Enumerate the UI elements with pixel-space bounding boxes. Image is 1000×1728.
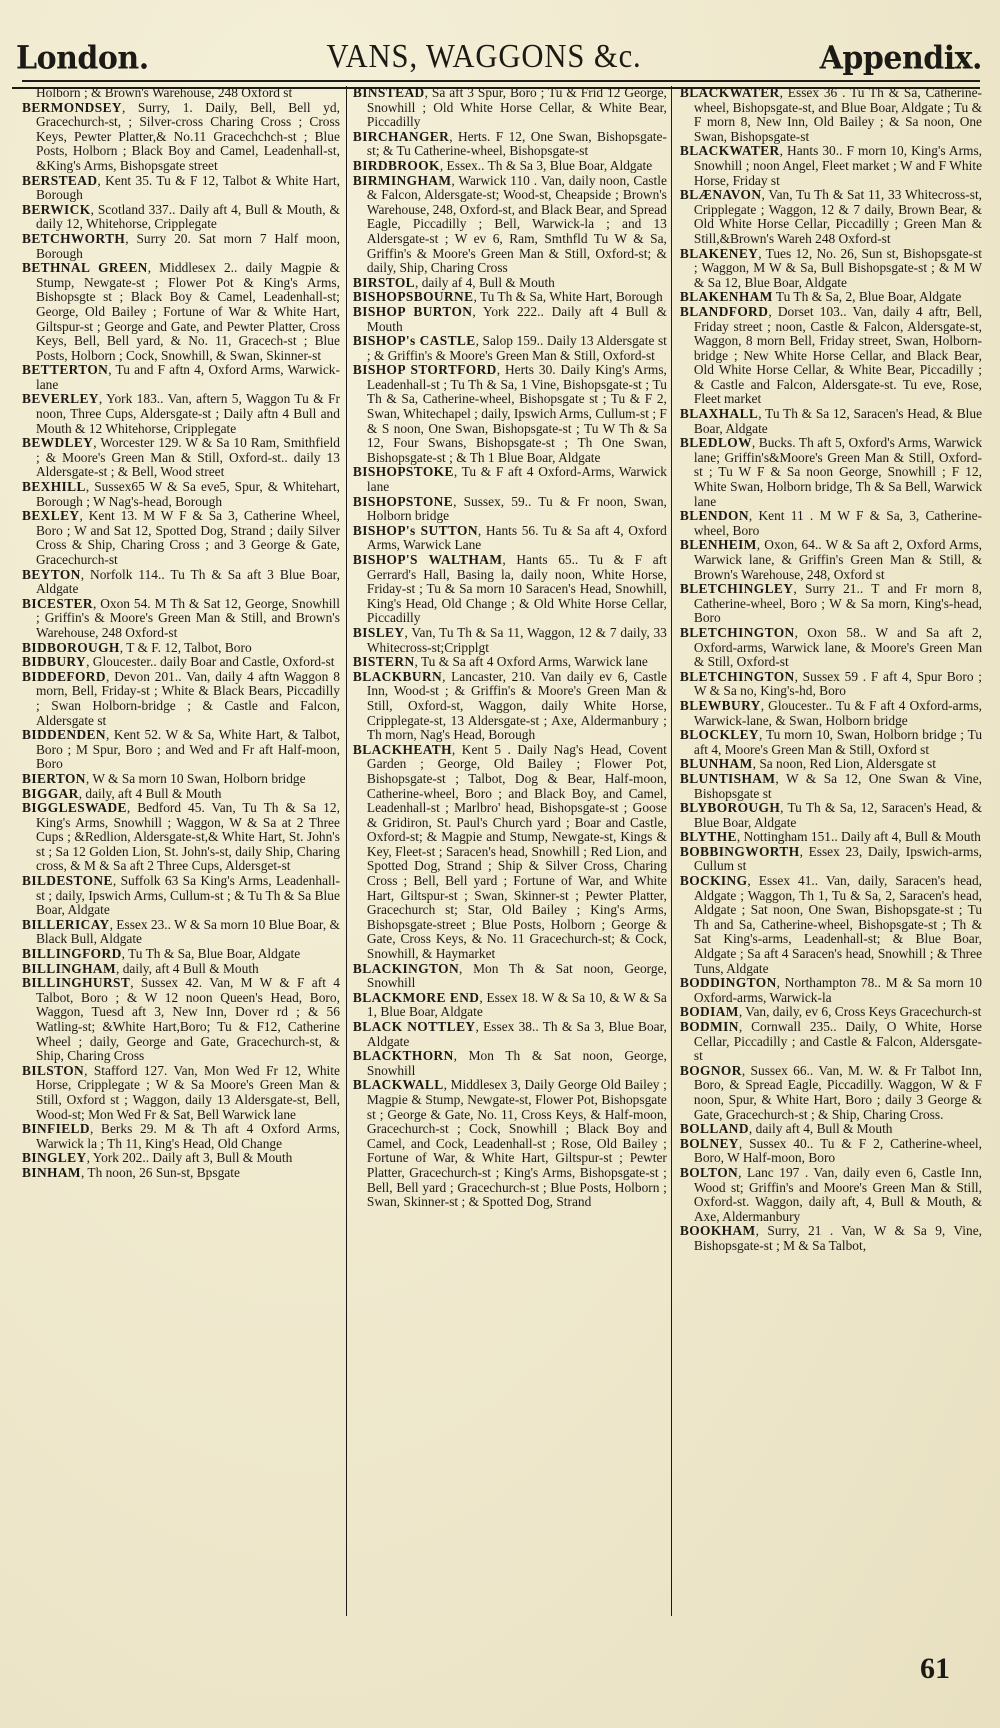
entry-text: , Tu Th & Sa, Blue Boar, Aldgate bbox=[122, 946, 301, 961]
directory-entry: BILLINGHURST, Sussex 42. Van, M W & F af… bbox=[22, 976, 340, 1064]
place-name: BOGNOR bbox=[680, 1063, 742, 1078]
directory-entry: BLACKWATER, Essex 36 . Tu Th & Sa, Cathe… bbox=[680, 86, 982, 144]
directory-entry: BLETCHINGTON, Oxon 58.. W and Sa aft 2, … bbox=[680, 626, 982, 670]
directory-entry: BOLTON, Lanc 197 . Van, daily even 6, Ca… bbox=[680, 1166, 982, 1224]
directory-entry: BINFIELD, Berks 29. M & Th aft 4 Oxford … bbox=[22, 1122, 340, 1151]
directory-entry: BODMIN, Cornwall 235.. Daily, O White, H… bbox=[680, 1020, 982, 1064]
place-name: BLACKINGTON bbox=[353, 961, 459, 976]
directory-entry: BLAKENHAM Tu Th & Sa, 2, Blue Boar, Aldg… bbox=[680, 290, 982, 305]
place-name: BICESTER bbox=[22, 596, 93, 611]
place-name: BLACKMORE END bbox=[353, 990, 479, 1005]
place-name: BILDESTONE bbox=[22, 873, 113, 888]
directory-entry: BLACK NOTTLEY, Essex 38.. Th & Sa 3, Blu… bbox=[353, 1020, 667, 1049]
header-section: Appendix. bbox=[820, 40, 982, 77]
entry-text: , Sa noon, Red Lion, Aldersgate st bbox=[753, 756, 936, 771]
place-name: BIGGLESWADE bbox=[22, 800, 127, 815]
place-name: BLANDFORD bbox=[680, 304, 768, 319]
directory-entry: BLYBOROUGH, Tu Th & Sa, 12, Saracen's He… bbox=[680, 801, 982, 830]
entry-text: , Herts 30. Daily King's Arms, Leadenhal… bbox=[367, 362, 667, 465]
entry-text: , Tu & Sa aft 4 Oxford Arms, Warwick lan… bbox=[415, 654, 648, 669]
place-name: BIRMINGHAM bbox=[353, 173, 451, 188]
directory-entry: BLUNHAM, Sa noon, Red Lion, Aldersgate s… bbox=[680, 757, 982, 772]
place-name: BLAXHALL bbox=[680, 406, 758, 421]
place-name: BISTERN bbox=[353, 654, 415, 669]
entry-text: , Middlesex 2.. daily Magpie & Stump, Ne… bbox=[36, 260, 340, 363]
place-name: BILLINGHURST bbox=[22, 975, 130, 990]
running-header: London. VANS, WAGGONS &c. Appendix. bbox=[16, 26, 982, 76]
column-2: BINSTEAD, Sa aft 3 Spur, Boro ; Tu & Fri… bbox=[346, 86, 672, 1616]
place-name: BLACKWATER bbox=[680, 143, 780, 158]
place-name: BISHOPSTONE bbox=[353, 494, 453, 509]
directory-entry: BICESTER, Oxon 54. M Th & Sat 12, George… bbox=[22, 597, 340, 641]
place-name: BLACK NOTTLEY bbox=[353, 1019, 476, 1034]
place-name: BLYTHE bbox=[680, 829, 737, 844]
place-name: BISHOP's SUTTON bbox=[353, 523, 478, 538]
column-3: BLACKWATER, Essex 36 . Tu Th & Sa, Cathe… bbox=[672, 86, 982, 1616]
entry-text: , Warwick 110 . Van, daily noon, Castle … bbox=[367, 173, 667, 276]
directory-entry: BIGGLESWADE, Bedford 45. Van, Tu Th & Sa… bbox=[22, 801, 340, 874]
place-name: BISHOP BURTON bbox=[353, 304, 472, 319]
directory-entry: BOBBINGWORTH, Essex 23, Daily, Ipswich-a… bbox=[680, 845, 982, 874]
directory-entry: BIERTON, W & Sa morn 10 Swan, Holborn br… bbox=[22, 772, 340, 787]
entry-text: , Essex 41.. Van, daily, Saracen's head,… bbox=[694, 873, 982, 976]
place-name: BLEWBURY bbox=[680, 698, 761, 713]
directory-entry: BILLINGHAM, daily, aft 4 Bull & Mouth bbox=[22, 962, 340, 977]
directory-entry: BERMONDSEY, Surry, 1. Daily, Bell, Bell … bbox=[22, 101, 340, 174]
place-name: BLYBOROUGH bbox=[680, 800, 780, 815]
directory-entry: BLEDLOW, Bucks. Th aft 5, Oxford's Arms,… bbox=[680, 436, 982, 509]
directory-entry: BLACKINGTON, Mon Th & Sat noon, George, … bbox=[353, 962, 667, 991]
page-title: VANS, WAGGONS &c. bbox=[327, 38, 642, 76]
place-name: BLACKWATER bbox=[680, 85, 780, 100]
directory-entry: BLOCKLEY, Tu morn 10, Swan, Holborn brid… bbox=[680, 728, 982, 757]
directory-entry: BIRDBROOK, Essex.. Th & Sa 3, Blue Boar,… bbox=[353, 159, 667, 174]
directory-entry: BERSTEAD, Kent 35. Tu & F 12, Talbot & W… bbox=[22, 174, 340, 203]
directory-entry: BEYTON, Norfolk 114.. Tu Th & Sa aft 3 B… bbox=[22, 568, 340, 597]
directory-entry: BLACKBURN, Lancaster, 210. Van daily ev … bbox=[353, 670, 667, 743]
place-name: BIDBURY bbox=[22, 654, 86, 669]
column-1: Holborn ; & Brown's Warehouse, 248 Oxfor… bbox=[22, 86, 346, 1616]
directory-entry: BLACKWATER, Hants 30.. F morn 10, King's… bbox=[680, 144, 982, 188]
header-location: London. bbox=[16, 40, 149, 77]
directory-entry: BIDDENDEN, Kent 52. W & Sa, White Hart, … bbox=[22, 728, 340, 772]
directory-entry: BINGLEY, York 202.. Daily aft 3, Bull & … bbox=[22, 1151, 340, 1166]
place-name: BIDBOROUGH bbox=[22, 640, 120, 655]
place-name: BIERTON bbox=[22, 771, 86, 786]
directory-entry: BETCHWORTH, Surry 20. Sat morn 7 Half mo… bbox=[22, 232, 340, 261]
directory-entry: BLÆNAVON, Van, Tu Th & Sat 11, 33 Whitec… bbox=[680, 188, 982, 246]
directory-entry: BILDESTONE, Suffolk 63 Sa King's Arms, L… bbox=[22, 874, 340, 918]
directory-entry: BOCKING, Essex 41.. Van, daily, Saracen'… bbox=[680, 874, 982, 976]
place-name: BODMIN bbox=[680, 1019, 739, 1034]
directory-entry: BETHNAL GREEN, Middlesex 2.. daily Magpi… bbox=[22, 261, 340, 363]
directory-entry: BLACKMORE END, Essex 18. W & Sa 10, & W … bbox=[353, 991, 667, 1020]
place-name: BINGLEY bbox=[22, 1150, 87, 1165]
entry-text: Holborn ; & Brown's Warehouse, 248 Oxfor… bbox=[36, 85, 292, 100]
entry-text: , Essex.. Th & Sa 3, Blue Boar, Aldgate bbox=[440, 158, 652, 173]
place-name: BOLLAND bbox=[680, 1121, 749, 1136]
entry-text: , Van, daily, ev 6, Cross Keys Gracechur… bbox=[739, 1004, 981, 1019]
directory-entry: BIDBOROUGH, T & F. 12, Talbot, Boro bbox=[22, 641, 340, 656]
place-name: BLAKENHAM bbox=[680, 289, 773, 304]
place-name: BISLEY bbox=[353, 625, 405, 640]
place-name: BILLINGFORD bbox=[22, 946, 122, 961]
place-name: BERMONDSEY bbox=[22, 100, 122, 115]
entry-text: , Gloucester.. daily Boar and Castle, Ox… bbox=[86, 654, 334, 669]
place-name: BISHOPSTOKE bbox=[353, 464, 454, 479]
entry-text: , W & Sa morn 10 Swan, Holborn bridge bbox=[86, 771, 306, 786]
directory-entry: BOOKHAM, Surry, 21 . Van, W & Sa 9, Vine… bbox=[680, 1224, 982, 1253]
directory-entry: BINHAM, Th noon, 26 Sun-st, Bpsgate bbox=[22, 1166, 340, 1181]
directory-entry: BLEWBURY, Gloucester.. Tu & F aft 4 Oxfo… bbox=[680, 699, 982, 728]
directory-entry: BLACKWALL, Middlesex 3, Daily George Old… bbox=[353, 1078, 667, 1209]
directory-entry: BILSTON, Stafford 127. Van, Mon Wed Fr 1… bbox=[22, 1064, 340, 1122]
place-name: BISHOP STORTFORD bbox=[353, 362, 497, 377]
directory-entry: BIRSTOL, daily af 4, Bull & Mouth bbox=[353, 276, 667, 291]
entry-text: , daily aft 4, Bull & Mouth bbox=[749, 1121, 893, 1136]
directory-entry: BIGGAR, daily, aft 4 Bull & Mouth bbox=[22, 787, 340, 802]
entry-text: , Nottingham 151.. Daily aft 4, Bull & M… bbox=[737, 829, 981, 844]
directory-entry: BEWDLEY, Worcester 129. W & Sa 10 Ram, S… bbox=[22, 436, 340, 480]
directory-entry: BLACKHEATH, Kent 5 . Daily Nag's Head, C… bbox=[353, 743, 667, 962]
directory-entry: BETTERTON, Tu and F aftn 4, Oxford Arms,… bbox=[22, 363, 340, 392]
directory-entry: BISTERN, Tu & Sa aft 4 Oxford Arms, Warw… bbox=[353, 655, 667, 670]
directory-entry: BEXHILL, Sussex65 W & Sa eve5, Spur, & W… bbox=[22, 480, 340, 509]
place-name: BOLNEY bbox=[680, 1136, 739, 1151]
header-rule-top bbox=[22, 80, 980, 82]
directory-entry: BINSTEAD, Sa aft 3 Spur, Boro ; Tu & Fri… bbox=[353, 86, 667, 130]
place-name: BINSTEAD bbox=[353, 85, 425, 100]
place-name: BLETCHINGLEY bbox=[680, 581, 793, 596]
place-name: BLUNHAM bbox=[680, 756, 753, 771]
directory-entry: BIDBURY, Gloucester.. daily Boar and Cas… bbox=[22, 655, 340, 670]
directory-entry: BLACKTHORN, Mon Th & Sat noon, George, S… bbox=[353, 1049, 667, 1078]
entry-text: Tu Th & Sa, 2, Blue Boar, Aldgate bbox=[773, 289, 962, 304]
place-name: BODIAM bbox=[680, 1004, 739, 1019]
place-name: BLETCHINGTON bbox=[680, 669, 795, 684]
directory-entry: BISHOP's SUTTON, Hants 56. Tu & Sa aft 4… bbox=[353, 524, 667, 553]
place-name: BOOKHAM bbox=[680, 1223, 756, 1238]
place-name: BERSTEAD bbox=[22, 173, 97, 188]
directory-entry: BLAXHALL, Tu Th & Sa 12, Saracen's Head,… bbox=[680, 407, 982, 436]
directory-entry: BISHOPSTOKE, Tu & F aft 4 Oxford-Arms, W… bbox=[353, 465, 667, 494]
place-name: BLUNTISHAM bbox=[680, 771, 776, 786]
place-name: BISHOPSBOURNE bbox=[353, 289, 474, 304]
place-name: BOCKING bbox=[680, 873, 748, 888]
directory-entry: BLENDON, Kent 11 . M W F & Sa, 3, Cather… bbox=[680, 509, 982, 538]
place-name: BILLERICAY bbox=[22, 917, 110, 932]
directory-entry: BODIAM, Van, daily, ev 6, Cross Keys Gra… bbox=[680, 1005, 982, 1020]
directory-columns: Holborn ; & Brown's Warehouse, 248 Oxfor… bbox=[22, 86, 982, 1616]
place-name: BEXHILL bbox=[22, 479, 86, 494]
directory-entry: BISLEY, Van, Tu Th & Sa 11, Waggon, 12 &… bbox=[353, 626, 667, 655]
place-name: BLOCKLEY bbox=[680, 727, 759, 742]
place-name: BETTERTON bbox=[22, 362, 108, 377]
directory-entry: BLETCHINGLEY, Surry 21.. T and Fr morn 8… bbox=[680, 582, 982, 626]
directory-page: London. VANS, WAGGONS &c. Appendix. Holb… bbox=[0, 0, 1000, 1728]
place-name: BLAKENEY bbox=[680, 246, 758, 261]
place-name: BISHOP'S WALTHAM bbox=[353, 552, 502, 567]
place-name: BLACKWALL bbox=[353, 1077, 444, 1092]
place-name: BLACKTHORN bbox=[353, 1048, 454, 1063]
directory-entry: BIRMINGHAM, Warwick 110 . Van, daily noo… bbox=[353, 174, 667, 276]
entry-text: , Kent 5 . Daily Nag's Head, Covent Gard… bbox=[367, 742, 667, 961]
directory-entry: BLENHEIM, Oxon, 64.. W & Sa aft 2, Oxfor… bbox=[680, 538, 982, 582]
place-name: BETCHWORTH bbox=[22, 231, 125, 246]
directory-entry: BEXLEY, Kent 13. M W F & Sa 3, Catherine… bbox=[22, 509, 340, 567]
directory-entry: BODDINGTON, Northampton 78.. M & Sa morn… bbox=[680, 976, 982, 1005]
entry-text: , Tu Th & Sa, White Hart, Borough bbox=[473, 289, 662, 304]
place-name: BEWDLEY bbox=[22, 435, 93, 450]
place-name: BIDDENDEN bbox=[22, 727, 106, 742]
place-name: BEVERLEY bbox=[22, 391, 99, 406]
place-name: BILLINGHAM bbox=[22, 961, 116, 976]
place-name: BOLTON bbox=[680, 1165, 738, 1180]
directory-entry: BOLLAND, daily aft 4, Bull & Mouth bbox=[680, 1122, 982, 1137]
place-name: BINHAM bbox=[22, 1165, 81, 1180]
directory-entry: BIDDEFORD, Devon 201.. Van, daily 4 aftn… bbox=[22, 670, 340, 728]
entry-text: , daily, aft 4 Bull & Mouth bbox=[116, 961, 259, 976]
place-name: BLETCHINGTON bbox=[680, 625, 795, 640]
directory-entry: BISHOPSTONE, Sussex, 59.. Tu & Fr noon, … bbox=[353, 495, 667, 524]
place-name: BLENHEIM bbox=[680, 537, 757, 552]
entry-text: , T & F. 12, Talbot, Boro bbox=[120, 640, 252, 655]
place-name: BETHNAL GREEN bbox=[22, 260, 148, 275]
entry-text: , daily, aft 4 Bull & Mouth bbox=[79, 786, 222, 801]
directory-entry: BLAKENEY, Tues 12, No. 26, Sun st, Bisho… bbox=[680, 247, 982, 291]
directory-entry: BOLNEY, Sussex 40.. Tu & F 2, Catherine-… bbox=[680, 1137, 982, 1166]
page-number: 61 bbox=[920, 1652, 950, 1686]
place-name: BIRSTOL bbox=[353, 275, 415, 290]
place-name: BLÆNAVON bbox=[680, 187, 762, 202]
directory-entry: BISHOP's CASTLE, Salop 159.. Daily 13 Al… bbox=[353, 334, 667, 363]
place-name: BIRDBROOK bbox=[353, 158, 440, 173]
directory-entry: BIRCHANGER, Herts. F 12, One Swan, Bisho… bbox=[353, 130, 667, 159]
directory-entry: BEVERLEY, York 183.. Van, aftern 5, Wagg… bbox=[22, 392, 340, 436]
entry-text: , Dorset 103.. Van, daily 4 aftr, Bell, … bbox=[694, 304, 982, 407]
directory-entry: BLETCHINGTON, Sussex 59 . F aft 4, Spur … bbox=[680, 670, 982, 699]
place-name: BOBBINGWORTH bbox=[680, 844, 800, 859]
place-name: BIDDEFORD bbox=[22, 669, 106, 684]
place-name: BIRCHANGER bbox=[353, 129, 449, 144]
place-name: BLEDLOW bbox=[680, 435, 752, 450]
place-name: BISHOP's CASTLE bbox=[353, 333, 476, 348]
directory-entry: BISHOP BURTON, York 222.. Daily aft 4 Bu… bbox=[353, 305, 667, 334]
place-name: BLACKHEATH bbox=[353, 742, 452, 757]
entry-text: , Lanc 197 . Van, daily even 6, Castle I… bbox=[694, 1165, 982, 1224]
entry-text: , York 202.. Daily aft 3, Bull & Mouth bbox=[87, 1150, 293, 1165]
directory-entry: BILLERICAY, Essex 23.. W & Sa morn 10 Bl… bbox=[22, 918, 340, 947]
directory-entry: BISHOPSBOURNE, Tu Th & Sa, White Hart, B… bbox=[353, 290, 667, 305]
place-name: BERWICK bbox=[22, 202, 91, 217]
place-name: BILSTON bbox=[22, 1063, 84, 1078]
place-name: BLACKBURN bbox=[353, 669, 442, 684]
directory-entry: BLANDFORD, Dorset 103.. Van, daily 4 aft… bbox=[680, 305, 982, 407]
place-name: BINFIELD bbox=[22, 1121, 90, 1136]
entry-text: , Norfolk 114.. Tu Th & Sa aft 3 Blue Bo… bbox=[36, 567, 340, 597]
place-name: BLENDON bbox=[680, 508, 749, 523]
entry-text: , Kent 13. M W F & Sa 3, Catherine Wheel… bbox=[36, 508, 340, 567]
entry-text: , Van, Tu Th & Sa 11, Waggon, 12 & 7 dai… bbox=[367, 625, 667, 655]
directory-entry: BISHOP'S WALTHAM, Hants 65.. Tu & F aft … bbox=[353, 553, 667, 626]
directory-entry: BLUNTISHAM, W & Sa 12, One Swan & Vine, … bbox=[680, 772, 982, 801]
place-name: BEYTON bbox=[22, 567, 81, 582]
place-name: BIGGAR bbox=[22, 786, 79, 801]
directory-entry: BILLINGFORD, Tu Th & Sa, Blue Boar, Aldg… bbox=[22, 947, 340, 962]
place-name: BODDINGTON bbox=[680, 975, 777, 990]
directory-entry: BLYTHE, Nottingham 151.. Daily aft 4, Bu… bbox=[680, 830, 982, 845]
directory-entry: BISHOP STORTFORD, Herts 30. Daily King's… bbox=[353, 363, 667, 465]
directory-entry: Holborn ; & Brown's Warehouse, 248 Oxfor… bbox=[22, 86, 340, 101]
place-name: BEXLEY bbox=[22, 508, 79, 523]
directory-entry: BOGNOR, Sussex 66.. Van, M. W. & Fr Talb… bbox=[680, 1064, 982, 1122]
directory-entry: BERWICK, Scotland 337.. Daily aft 4, Bul… bbox=[22, 203, 340, 232]
entry-text: , Middlesex 3, Daily George Old Bailey ;… bbox=[367, 1077, 667, 1209]
entry-text: , daily af 4, Bull & Mouth bbox=[415, 275, 555, 290]
entry-text: , Th noon, 26 Sun-st, Bpsgate bbox=[81, 1165, 240, 1180]
